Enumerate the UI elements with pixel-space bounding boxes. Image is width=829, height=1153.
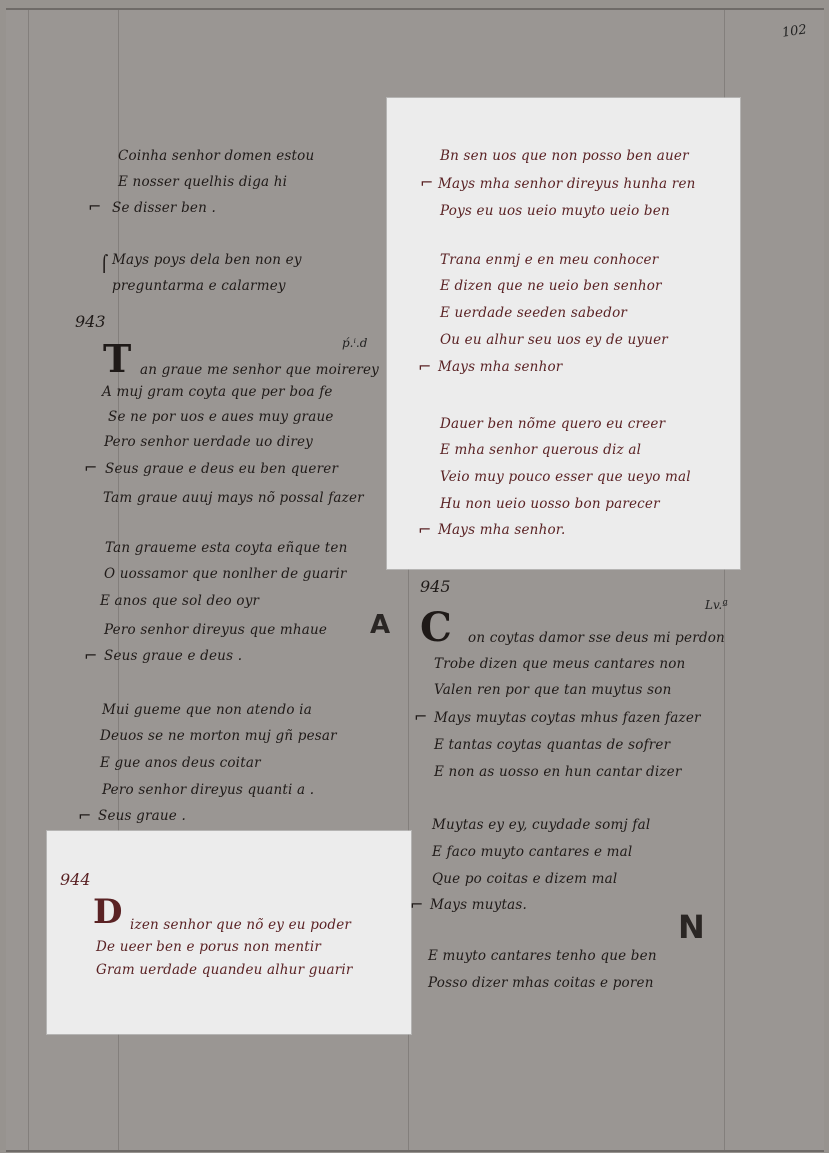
verse-line: E dizen que ne ueio ben senhor	[440, 278, 662, 294]
verse-line: on coytas damor sse deus mi perdon	[468, 630, 725, 646]
verse-line: E anos que sol deo oyr	[100, 593, 259, 609]
verse-line: O uossamor que nonlher de guarir	[104, 566, 347, 582]
verse-line: Pero senhor direyus que mhaue	[104, 622, 327, 638]
verse-line: Se disser ben .	[112, 200, 216, 216]
paragraph-mark-icon: ⌐	[84, 458, 97, 477]
verse-line: Mays mha senhor	[438, 359, 562, 375]
verse-line: Mays mha senhor.	[438, 522, 565, 538]
verse-line: izen senhor que nõ ey eu poder	[130, 917, 351, 933]
paragraph-mark-icon: ⌐	[418, 357, 431, 376]
verse-line: preguntarma e calarmey	[112, 278, 286, 294]
verse-line: E tantas coytas quantas de sofrer	[434, 737, 670, 753]
verse-line: Pero senhor uerdade uo direy	[104, 434, 313, 450]
verse-line: E faco muyto cantares e mal	[432, 844, 632, 860]
verse-line: Muytas ey ey, cuydade somj fal	[432, 817, 650, 833]
paragraph-mark-icon: ⌐	[420, 173, 433, 192]
side-letter: N	[678, 908, 705, 946]
verse-line: Dauer ben nõme quero eu creer	[440, 416, 665, 432]
verse-line: Trana enmj e en meu conhocer	[440, 252, 658, 268]
paragraph-mark-icon: ⌐	[418, 520, 431, 539]
verse-line: Ou eu alhur seu uos ey de uyuer	[440, 332, 668, 348]
verse-line: Seus graue e deus .	[104, 648, 242, 664]
verse-line: Bn sen uos que non posso ben auer	[440, 148, 689, 164]
verse-line: Que po coitas e dizem mal	[432, 871, 617, 887]
paragraph-mark-icon: ⌐	[84, 646, 97, 665]
poem-number: 945	[420, 577, 451, 596]
verse-line: Posso dizer mhas coitas e poren	[428, 975, 654, 991]
initial-letter: T	[103, 340, 131, 378]
verse-line: Gram uerdade quandeu alhur guarir	[96, 962, 353, 978]
verse-line: Hu non ueio uosso bon parecer	[440, 496, 660, 512]
verse-line: Mays mha senhor direyus hunha ren	[438, 176, 696, 192]
verse-line: E non as uosso en hun cantar dizer	[434, 764, 682, 780]
verse-line: Mui gueme que non atendo ia	[102, 702, 312, 718]
verse-line: E mha senhor querous diz al	[440, 442, 641, 458]
paragraph-mark-icon: ⌐	[78, 806, 91, 825]
verse-line: Mays poys dela ben non ey	[112, 252, 302, 268]
bracket-mark-icon: ⌠	[100, 254, 108, 273]
paragraph-mark-icon: ⌐	[410, 895, 423, 914]
verse-line: A muj gram coyta que per boa fe	[102, 384, 333, 400]
verse-line: Poys eu uos ueio muyto ueio ben	[440, 203, 670, 219]
verse-line: Coinha senhor domen estou	[118, 148, 314, 164]
verse-line: Deuos se ne morton muj gñ pesar	[100, 728, 337, 744]
verse-line: Tan graueme esta coyta eñque ten	[105, 540, 347, 556]
poem-number: 944	[60, 870, 91, 889]
verse-line: De ueer ben e porus non mentir	[96, 939, 321, 955]
verse-line: Pero senhor direyus quanti a .	[102, 782, 314, 798]
verse-line: Seus graue e deus eu ben querer	[105, 461, 338, 477]
verse-line: Mays muytas coytas mhus fazen fazer	[434, 710, 701, 726]
paragraph-mark-icon: ⌐	[88, 197, 101, 216]
verse-line: Tam graue auuj mays nõ possal fazer	[103, 490, 364, 506]
verse-line: Veio muy pouco esser que ueyo mal	[440, 469, 691, 485]
verse-line: E nosser quelhis diga hi	[118, 174, 287, 190]
margin-note: Lv.ª	[705, 598, 728, 612]
verse-line: E uerdade seeden sabedor	[440, 305, 627, 321]
verse-line: Valen ren por que tan muytus son	[434, 682, 671, 698]
initial-letter: D	[93, 895, 122, 929]
verse-line: Trobe dizen que meus cantares non	[434, 656, 685, 672]
margin-rule	[28, 10, 29, 1150]
verse-line: E gue anos deus coitar	[100, 755, 261, 771]
verse-line: E muyto cantares tenho que ben	[428, 948, 657, 964]
paragraph-mark-icon: ⌐	[414, 707, 427, 726]
initial-letter: C	[420, 608, 452, 648]
side-letter: A	[370, 610, 390, 640]
verse-line: Mays muytas.	[430, 897, 527, 913]
margin-note: ṕ.ⁱ.d	[342, 336, 367, 350]
verse-line: an graue me senhor que moirerey	[140, 362, 379, 378]
poem-number: 943	[75, 312, 106, 331]
verse-line: Se ne por uos e aues muy graue	[108, 409, 334, 425]
verse-line: Seus graue .	[98, 808, 186, 824]
